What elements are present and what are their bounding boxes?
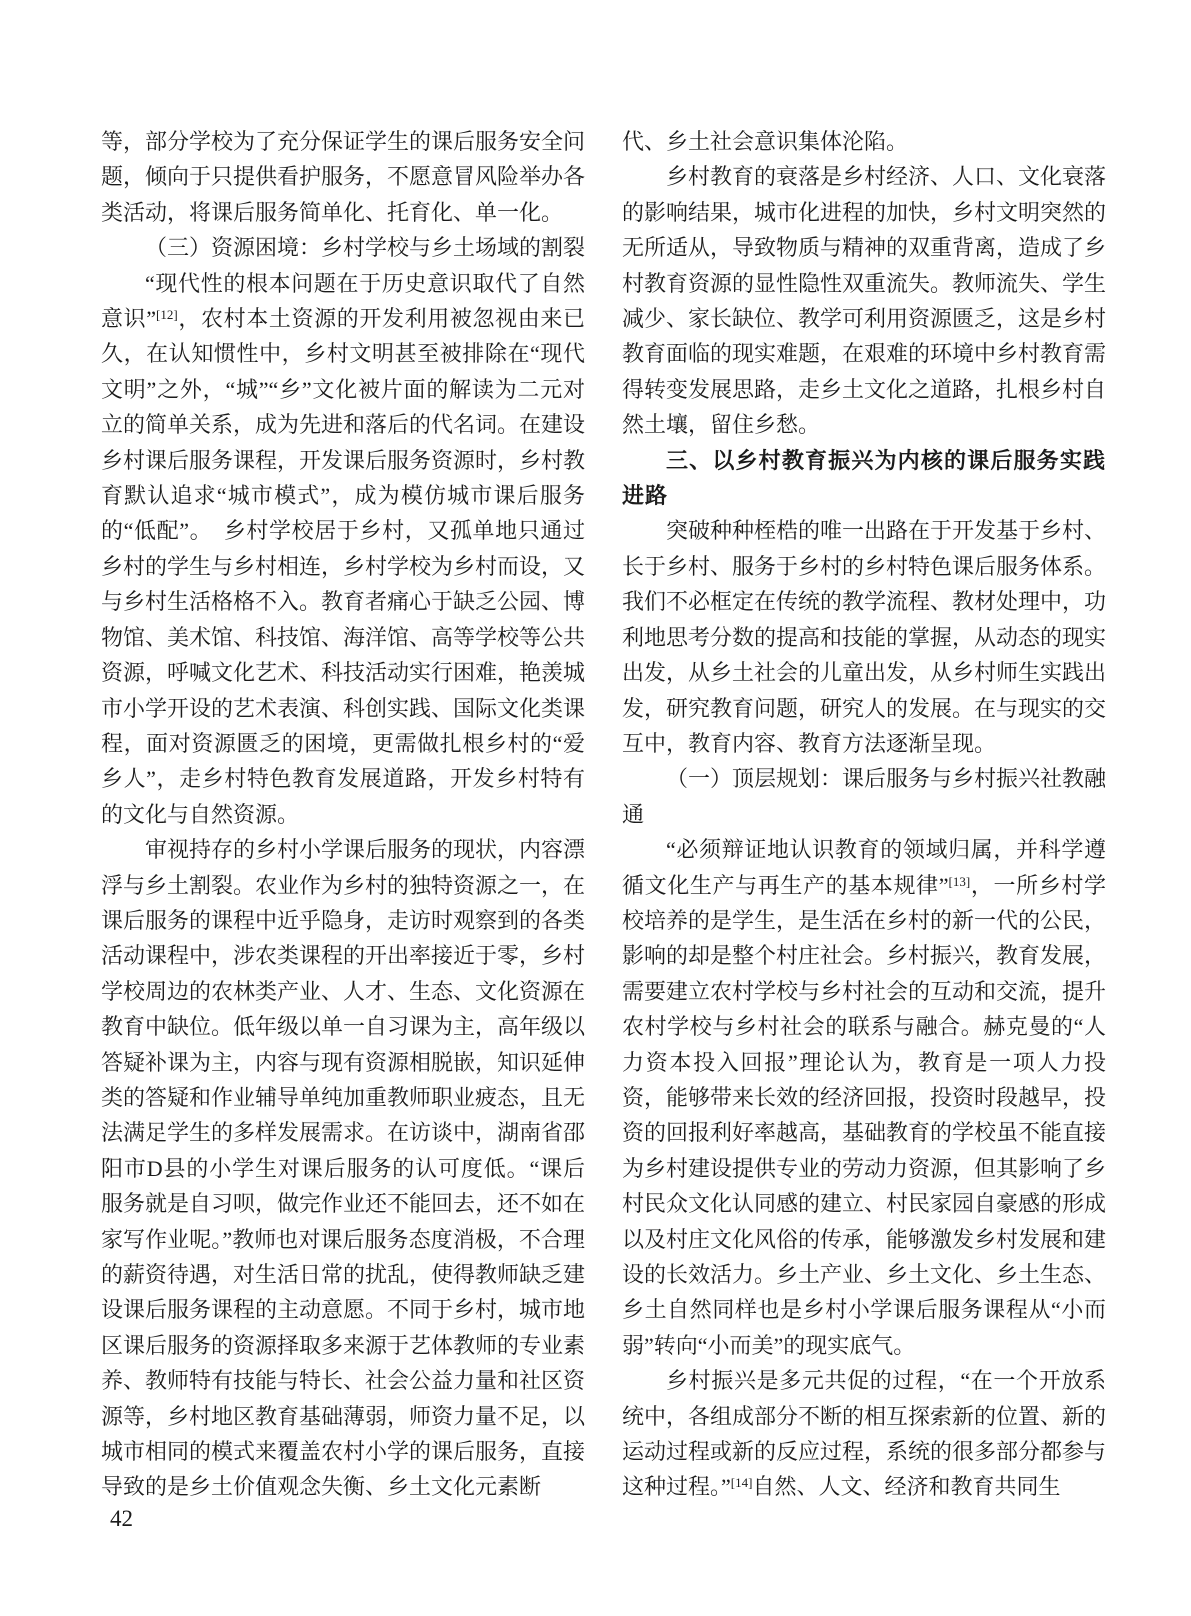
- text-run: 乡村教育的衰落是乡村经济、人口、文化衰落的影响结果，城市化进程的加快，乡村文明突…: [622, 164, 1106, 437]
- text-run: 三、以乡村教育振兴为内核的课后服务实践进路: [622, 448, 1106, 508]
- paragraph: （三）资源困境：乡村学校与乡土场域的割裂: [101, 230, 585, 265]
- text-run: （一）顶层规划：课后服务与乡村振兴社教融通: [622, 766, 1106, 826]
- text-run: （三）资源困境：乡村学校与乡土场域的割裂: [145, 235, 585, 260]
- paragraph: 等，部分学校为了充分保证学生的课后服务安全问题，倾向于只提供看护服务，不愿意冒风…: [101, 124, 585, 230]
- text-run: 代、乡土社会意识集体沦陷。: [622, 129, 908, 154]
- paragraph: （一）顶层规划：课后服务与乡村振兴社教融通: [622, 761, 1106, 832]
- paragraph: 代、乡土社会意识集体沦陷。: [622, 124, 1106, 159]
- citation-marker: [13]: [949, 874, 971, 889]
- paragraph: “现代性的根本问题在于历史意识取代了自然意识”[12]，农村本土资源的开发利用被…: [101, 266, 585, 833]
- text-run: 突破种种桎梏的唯一出路在于开发基于乡村、长于乡村、服务于乡村的乡村特色课后服务体…: [622, 518, 1106, 755]
- text-columns: 等，部分学校为了充分保证学生的课后服务安全问题，倾向于只提供看护服务，不愿意冒风…: [101, 124, 1106, 1505]
- text-run: 审视持存的乡村小学课后服务的现状，内容漂浮与乡土割裂。农业作为乡村的独特资源之一…: [101, 837, 585, 1499]
- paragraph: “必须辩证地认识教育的领域归属，并科学遵循文化生产与再生产的基本规律”[13]，…: [622, 832, 1106, 1363]
- document-page: 等，部分学校为了充分保证学生的课后服务安全问题，倾向于只提供看护服务，不愿意冒风…: [0, 0, 1191, 1616]
- text-run: ，农村本土资源的开发利用被忽视由来已久，在认知惯性中，乡村文明甚至被排除在“现代…: [101, 306, 585, 827]
- citation-marker: [14]: [731, 1475, 753, 1490]
- left-column: 等，部分学校为了充分保证学生的课后服务安全问题，倾向于只提供看护服务，不愿意冒风…: [101, 124, 585, 1505]
- citation-marker: [12]: [156, 307, 178, 322]
- text-run: ，一所乡村学校培养的是学生，是生活在乡村的新一代的公民，影响的却是整个村庄社会。…: [622, 873, 1106, 1358]
- right-column: 代、乡土社会意识集体沦陷。乡村教育的衰落是乡村经济、人口、文化衰落的影响结果，城…: [622, 124, 1106, 1505]
- paragraph: 乡村教育的衰落是乡村经济、人口、文化衰落的影响结果，城市化进程的加快，乡村文明突…: [622, 159, 1106, 442]
- text-run: 自然、人文、经济和教育共同生: [752, 1474, 1060, 1499]
- section-heading: 三、以乡村教育振兴为内核的课后服务实践进路: [622, 443, 1106, 514]
- page-number: 42: [110, 1506, 133, 1532]
- paragraph: 乡村振兴是多元共促的过程，“在一个开放系统中，各组成部分不断的相互探索新的位置、…: [622, 1363, 1106, 1505]
- paragraph: 突破种种桎梏的唯一出路在于开发基于乡村、长于乡村、服务于乡村的乡村特色课后服务体…: [622, 513, 1106, 761]
- text-run: 等，部分学校为了充分保证学生的课后服务安全问题，倾向于只提供看护服务，不愿意冒风…: [101, 129, 585, 225]
- paragraph: 审视持存的乡村小学课后服务的现状，内容漂浮与乡土割裂。农业作为乡村的独特资源之一…: [101, 832, 585, 1505]
